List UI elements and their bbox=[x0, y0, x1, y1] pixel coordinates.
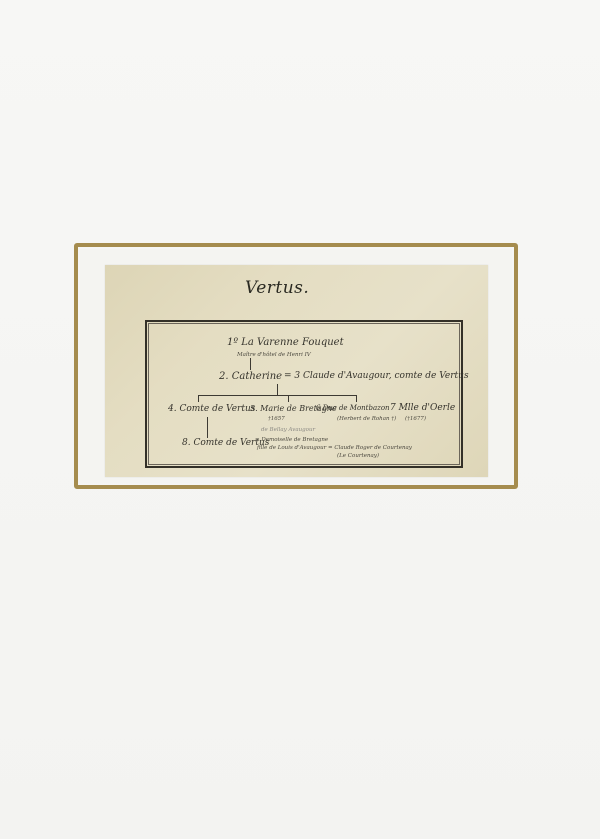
tree-child-4: 7 Mlle d'Oerle bbox=[390, 403, 455, 413]
tree-child-3: 6 Duc de Montbazon bbox=[316, 404, 390, 412]
document-title: Vertus. bbox=[245, 278, 309, 298]
tree-root-note: Maître d'hôtel de Henri IV bbox=[237, 352, 311, 358]
tree-connector bbox=[288, 395, 289, 402]
tree-faint-note: de Bellay Avaugour bbox=[261, 427, 315, 433]
tree-child-4-note: (†1677) bbox=[405, 416, 426, 422]
tree-connector bbox=[356, 395, 357, 402]
tree-second-left: 2. Catherine bbox=[219, 371, 282, 382]
tree-grandchild-spouse-note: (Le Courtenay) bbox=[337, 453, 379, 459]
tree-root-name: 1º La Varenne Fouquet bbox=[227, 337, 344, 348]
tree-second-spouse: = 3 Claude d'Avaugour, comte de Vertus bbox=[284, 371, 469, 381]
tree-child-3-note: (Herbert de Rohan †) bbox=[337, 416, 396, 422]
tree-grandchild-spouse-2: fille de Louis d'Avaugour = Claude Roger… bbox=[257, 445, 412, 451]
tree-connector bbox=[250, 358, 251, 370]
tree-connector bbox=[207, 417, 208, 438]
tree-child-1: 4. Comte de Vertus bbox=[168, 404, 255, 414]
tree-connector bbox=[277, 384, 278, 395]
tree-child-2-note: †1657 bbox=[268, 416, 285, 422]
tree-connector bbox=[198, 395, 356, 396]
tree-grandchild-spouse-1: = Demoiselle de Bretagne bbox=[255, 437, 328, 443]
tree-connector bbox=[198, 395, 199, 402]
